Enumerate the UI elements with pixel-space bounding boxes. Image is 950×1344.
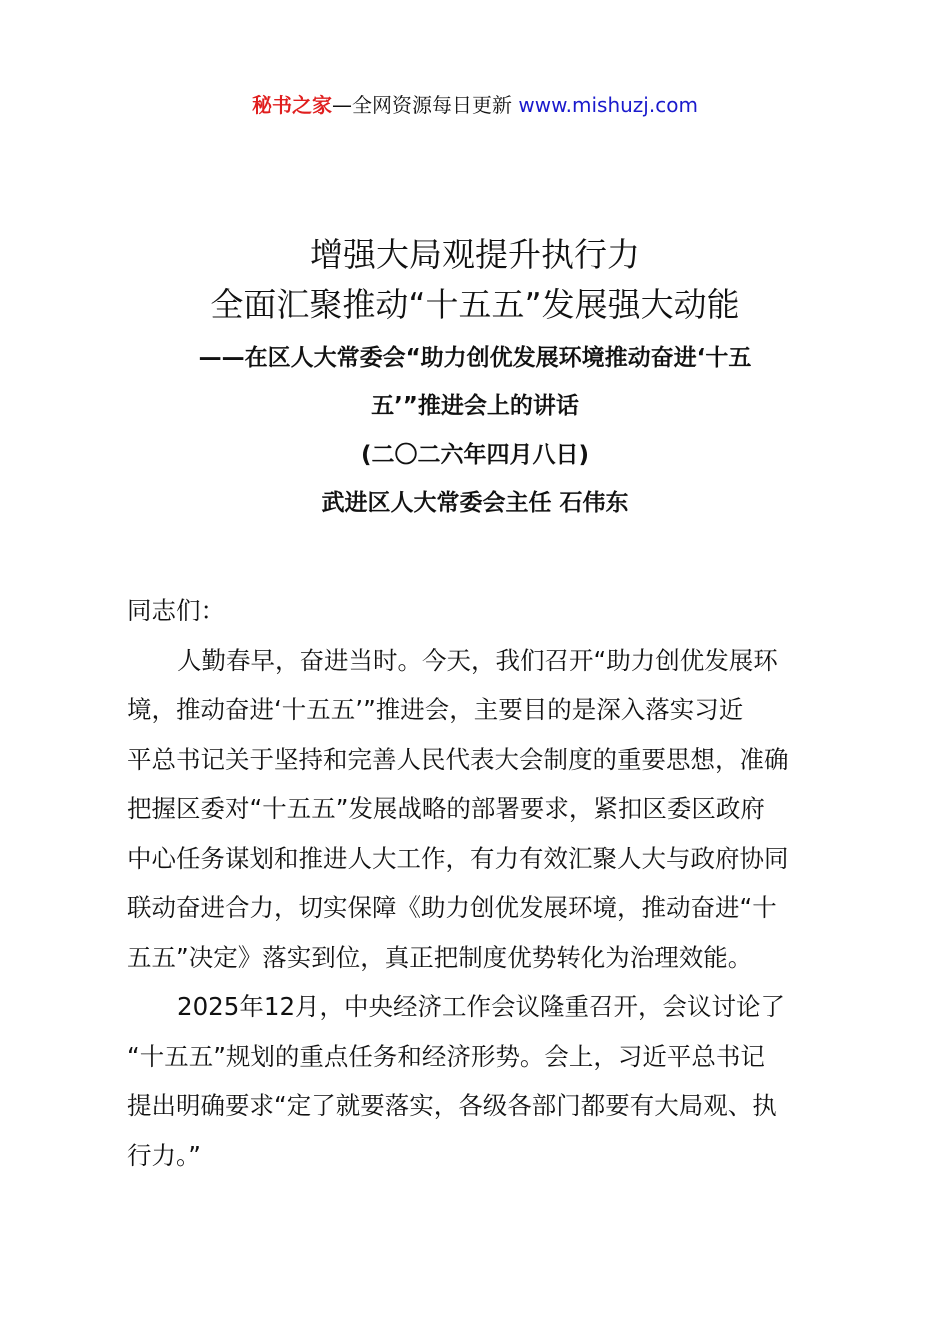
paragraph-2-line: 2025年12月，中央经济工作会议隆重召开，会议讨论了 [127,982,833,1032]
site-banner: 秘书之家—全网资源每日更新 www.mishuzj.com [0,90,950,120]
paragraph-2-line: “十五五”规划的重点任务和经济形势。会上，习近平总书记 [127,1032,833,1082]
document-title-line-1: 增强大局观提升执行力 [0,235,950,275]
speech-date: (二〇二六年四月八日) [0,440,950,470]
site-url-link[interactable]: www.mishuzj.com [518,93,698,117]
subtitle-line-2: 五’”推进会上的讲话 [0,391,950,421]
paragraph-2-line: 行力。” [127,1131,833,1181]
subtitle-line-1: ——在区人大常委会“助力创优发展环境推动奋进‘十五 [0,343,950,373]
document-title-line-2: 全面汇聚推动“十五五”发展强大动能 [0,285,950,325]
paragraph-1-line: 平总书记关于坚持和完善人民代表大会制度的重要思想，准确 [127,735,833,785]
brand-name: 秘书之家 [252,93,332,117]
paragraph-1-line: 联动奋进合力，切实保障《助力创优发展环境，推动奋进“十 [127,883,833,933]
speaker-byline: 武进区人大常委会主任 石伟东 [0,488,950,518]
paragraph-1-line: 把握区委对“十五五”发展战略的部署要求，紧扣区委区政府 [127,784,833,834]
paragraph-1-line: 人勤春早，奋进当时。今天，我们召开“助力创优发展环 [127,636,833,686]
salutation: 同志们： [127,586,833,636]
speech-body: 同志们： 人勤春早，奋进当时。今天，我们召开“助力创优发展环 境，推动奋进‘十五… [127,586,833,1180]
paragraph-1-line: 五五”决定》落实到位，真正把制度优势转化为治理效能。 [127,933,833,983]
paragraph-1-line: 境，推动奋进‘十五五’”推进会，主要目的是深入落实习近 [127,685,833,735]
paragraph-1-line: 中心任务谋划和推进人大工作，有力有效汇聚人大与政府协同 [127,834,833,884]
paragraph-2-line: 提出明确要求“定了就要落实，各级各部门都要有大局观、执 [127,1081,833,1131]
document-page: 秘书之家—全网资源每日更新 www.mishuzj.com 增强大局观提升执行力… [0,0,950,1344]
banner-tagline: —全网资源每日更新 [332,93,518,117]
